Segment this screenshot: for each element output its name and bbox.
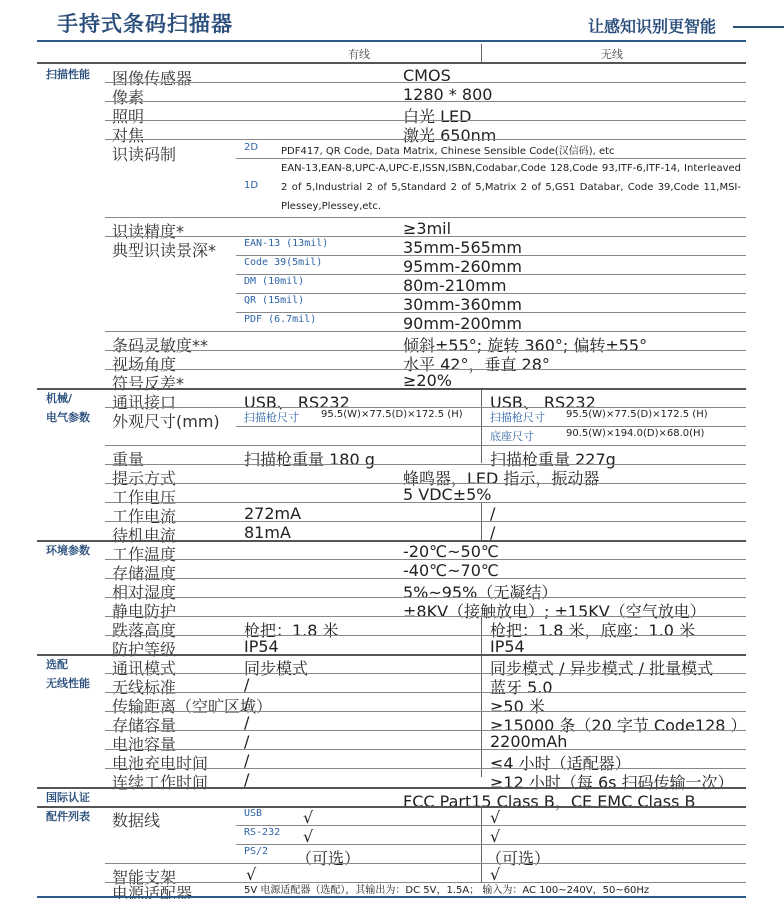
row-divider [105,559,746,560]
row-divider [105,445,746,446]
row-divider [481,426,746,427]
row-divider [105,331,746,332]
wired-value: 同步模式 [244,656,308,679]
dof-code: DM (10mil) [244,276,304,287]
header-rule [37,62,746,64]
spec-label: 外观尺寸(mm) [112,409,220,432]
row-divider [105,369,746,370]
row-divider [105,616,746,617]
title-rule [37,40,746,42]
row-divider [105,464,746,465]
row-divider [105,749,746,750]
row-divider [236,274,746,275]
symbology-tag-1d: 1D [244,180,258,191]
spec-label: 数据线 [112,808,160,831]
cable-name: USB [244,808,262,819]
row-divider [105,730,746,731]
symbology-1d-value: EAN-13,EAN-8,UPC-A,UPC-E,ISSN,ISBN,Codab… [281,159,741,216]
wired-value: （可选） [296,846,360,869]
column-divider [481,617,482,777]
category-mech-1: 机械/ [46,390,72,406]
page-title: 手持式条码扫描器 [57,8,233,38]
dim-tag: 扫描枪尺寸 [244,409,299,425]
category-wireless-2: 无线性能 [46,675,90,691]
row-divider [236,293,746,294]
row-divider [105,578,746,579]
row-divider [105,635,746,636]
category-env: 环境参数 [46,542,90,558]
category-cert: 国际认证 [46,789,90,805]
base-tag: 底座尺寸 [490,428,534,444]
column-header-wireless: 无线 [601,46,623,62]
column-divider [481,44,482,62]
wireless-value: 90.5(W)×194.0(D)×68.0(H) [566,428,704,439]
row-divider [236,255,746,256]
bottom-rule [37,896,746,898]
adapter-value: 5V 电源适配器（选配），其输出为：DC 5V，1.5A； 输入为：AC 100… [244,881,649,896]
row-divider [105,350,746,351]
row-divider [236,426,481,427]
column-divider [481,807,482,883]
row-divider [105,692,746,693]
dim-tag: 扫描枪尺寸 [490,409,545,425]
spec-label: 典型识读景深* [112,238,216,261]
row-divider [105,711,746,712]
dof-code: Code 39(5mil) [244,257,322,268]
wired-value: 95.5(W)×77.5(D)×172.5 (H) [321,409,463,420]
wired-value: 扫描枪重量 180 g [244,447,375,470]
row-divider [236,825,746,826]
row-divider [105,673,746,674]
row-divider [105,768,746,769]
slogan: 让感知识别更智能 [588,14,716,37]
row-divider [105,236,746,237]
row-divider [236,844,746,845]
row-divider [105,101,746,102]
slogan-line [733,26,784,28]
category-scan: 扫描性能 [46,66,90,82]
row-divider [236,312,746,313]
spec-label: 连续工作时间 [112,770,208,793]
row-divider [105,521,746,522]
cert-value: FCC Part15 Class B，CE EMC Class B [403,789,696,812]
cable-name: RS-232 [244,827,280,838]
category-wireless-1: 选配 [46,656,68,672]
row-divider [105,139,746,140]
category-accessories: 配件列表 [46,808,90,824]
row-divider [105,407,746,408]
row-divider [105,502,746,503]
symbology-tag-2d: 2D [244,142,258,153]
dof-code: QR (15mil) [244,295,304,306]
row-divider [105,483,746,484]
dof-code: EAN-13 (13mil) [244,238,328,249]
category-mech-2: 电气参数 [46,409,90,425]
wireless-value: 95.5(W)×77.5(D)×172.5 (H) [566,409,708,420]
column-divider [481,503,482,541]
row-divider [105,120,746,121]
cable-name: PS/2 [244,846,268,857]
dof-code: PDF (6.7mil) [244,314,316,325]
column-header-wired: 有线 [348,46,370,62]
row-divider [105,597,746,598]
symbology-2d-value: PDF417, QR Code, Data Matrix, Chinese Se… [281,142,615,157]
spec-label: 识读码制 [112,142,176,165]
row-divider [105,217,746,218]
row-divider [105,82,746,83]
row-divider [105,863,746,864]
